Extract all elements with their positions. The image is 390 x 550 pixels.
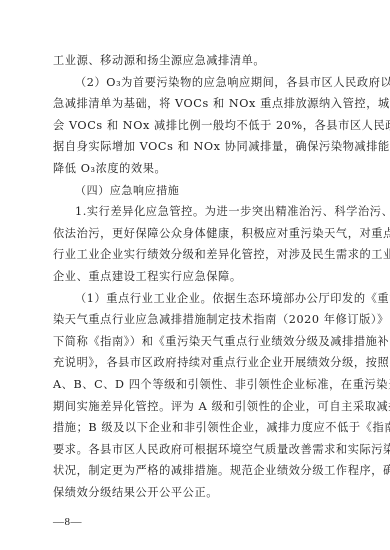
paragraph-line: 要求。各县市区人民政府可根据环境空气质量改善需求和实际污染 bbox=[53, 443, 339, 457]
paragraph-line: 期间实施差异化管控。评为 A 级和引领性的企业，可自主采取减排 bbox=[53, 400, 339, 414]
paragraph-line: 急减排清单为基础，将 VOCs 和 NOx 重点排放源纳入管控，城市全社 bbox=[53, 97, 339, 111]
document-page: 工业源、移动源和扬尘源应急减排清单。 （2）O₃为首要污染物的应急响应期间，各县… bbox=[0, 0, 390, 550]
page-number: —8— bbox=[53, 516, 82, 528]
paragraph-line: 保绩效分级结果公开公平公正。 bbox=[53, 486, 339, 500]
paragraph-line: 措施；B 级及以下企业和非引领性企业，减排力度应不低于《指南》 bbox=[53, 421, 339, 435]
paragraph-line: A、B、C、D 四个等级和引领性、非引领性企业标准，在重污染天气 bbox=[53, 378, 339, 392]
paragraph-line: 1.实行差异化应急管控。为进一步突出精准治污、科学治污、 bbox=[75, 205, 339, 219]
paragraph-line: 据自身实际增加 VOCs 和 NOx 协同减排量，确保污染物减排能够达到 bbox=[53, 140, 339, 154]
paragraph-line: （1）重点行业工业企业。依据生态环境部办公厅印发的《重污 bbox=[75, 292, 339, 306]
paragraph-line: 会 VOCs 和 NOx 减排比例一般均不低于 20%，各县市区人民政府可根 bbox=[53, 119, 339, 133]
paragraph-line: 工业源、移动源和扬尘源应急减排清单。 bbox=[53, 54, 339, 68]
paragraph-line: 充说明》，各县市区政府持续对重点行业企业开展绩效分级，按照 bbox=[53, 356, 339, 370]
paragraph-line: 企业、重点建设工程实行应急保障。 bbox=[53, 270, 339, 284]
paragraph-line: （2）O₃为首要污染物的应急响应期间，各县市区人民政府以应 bbox=[75, 76, 339, 90]
paragraph-line: 依法治污，更好保障公众身体健康，积极应对重污染天气，对重点 bbox=[53, 227, 339, 241]
paragraph-line: 状况，制定更为严格的减排措施。规范企业绩效分级工作程序，确 bbox=[53, 464, 339, 478]
paragraph-line: 下简称《指南》）和《重污染天气重点行业绩效分级及减排措施补 bbox=[53, 335, 339, 349]
section-heading: （四）应急响应措施 bbox=[75, 184, 339, 198]
paragraph-line: 行业工业企业实行绩效分级和差异化管控，对涉及民生需求的工业 bbox=[53, 248, 339, 262]
paragraph-line: 染天气重点行业应急减排措施制定技术指南（2020 年修订版）》（以 bbox=[53, 313, 339, 327]
paragraph-line: 降低 O₃浓度的效果。 bbox=[53, 162, 339, 176]
